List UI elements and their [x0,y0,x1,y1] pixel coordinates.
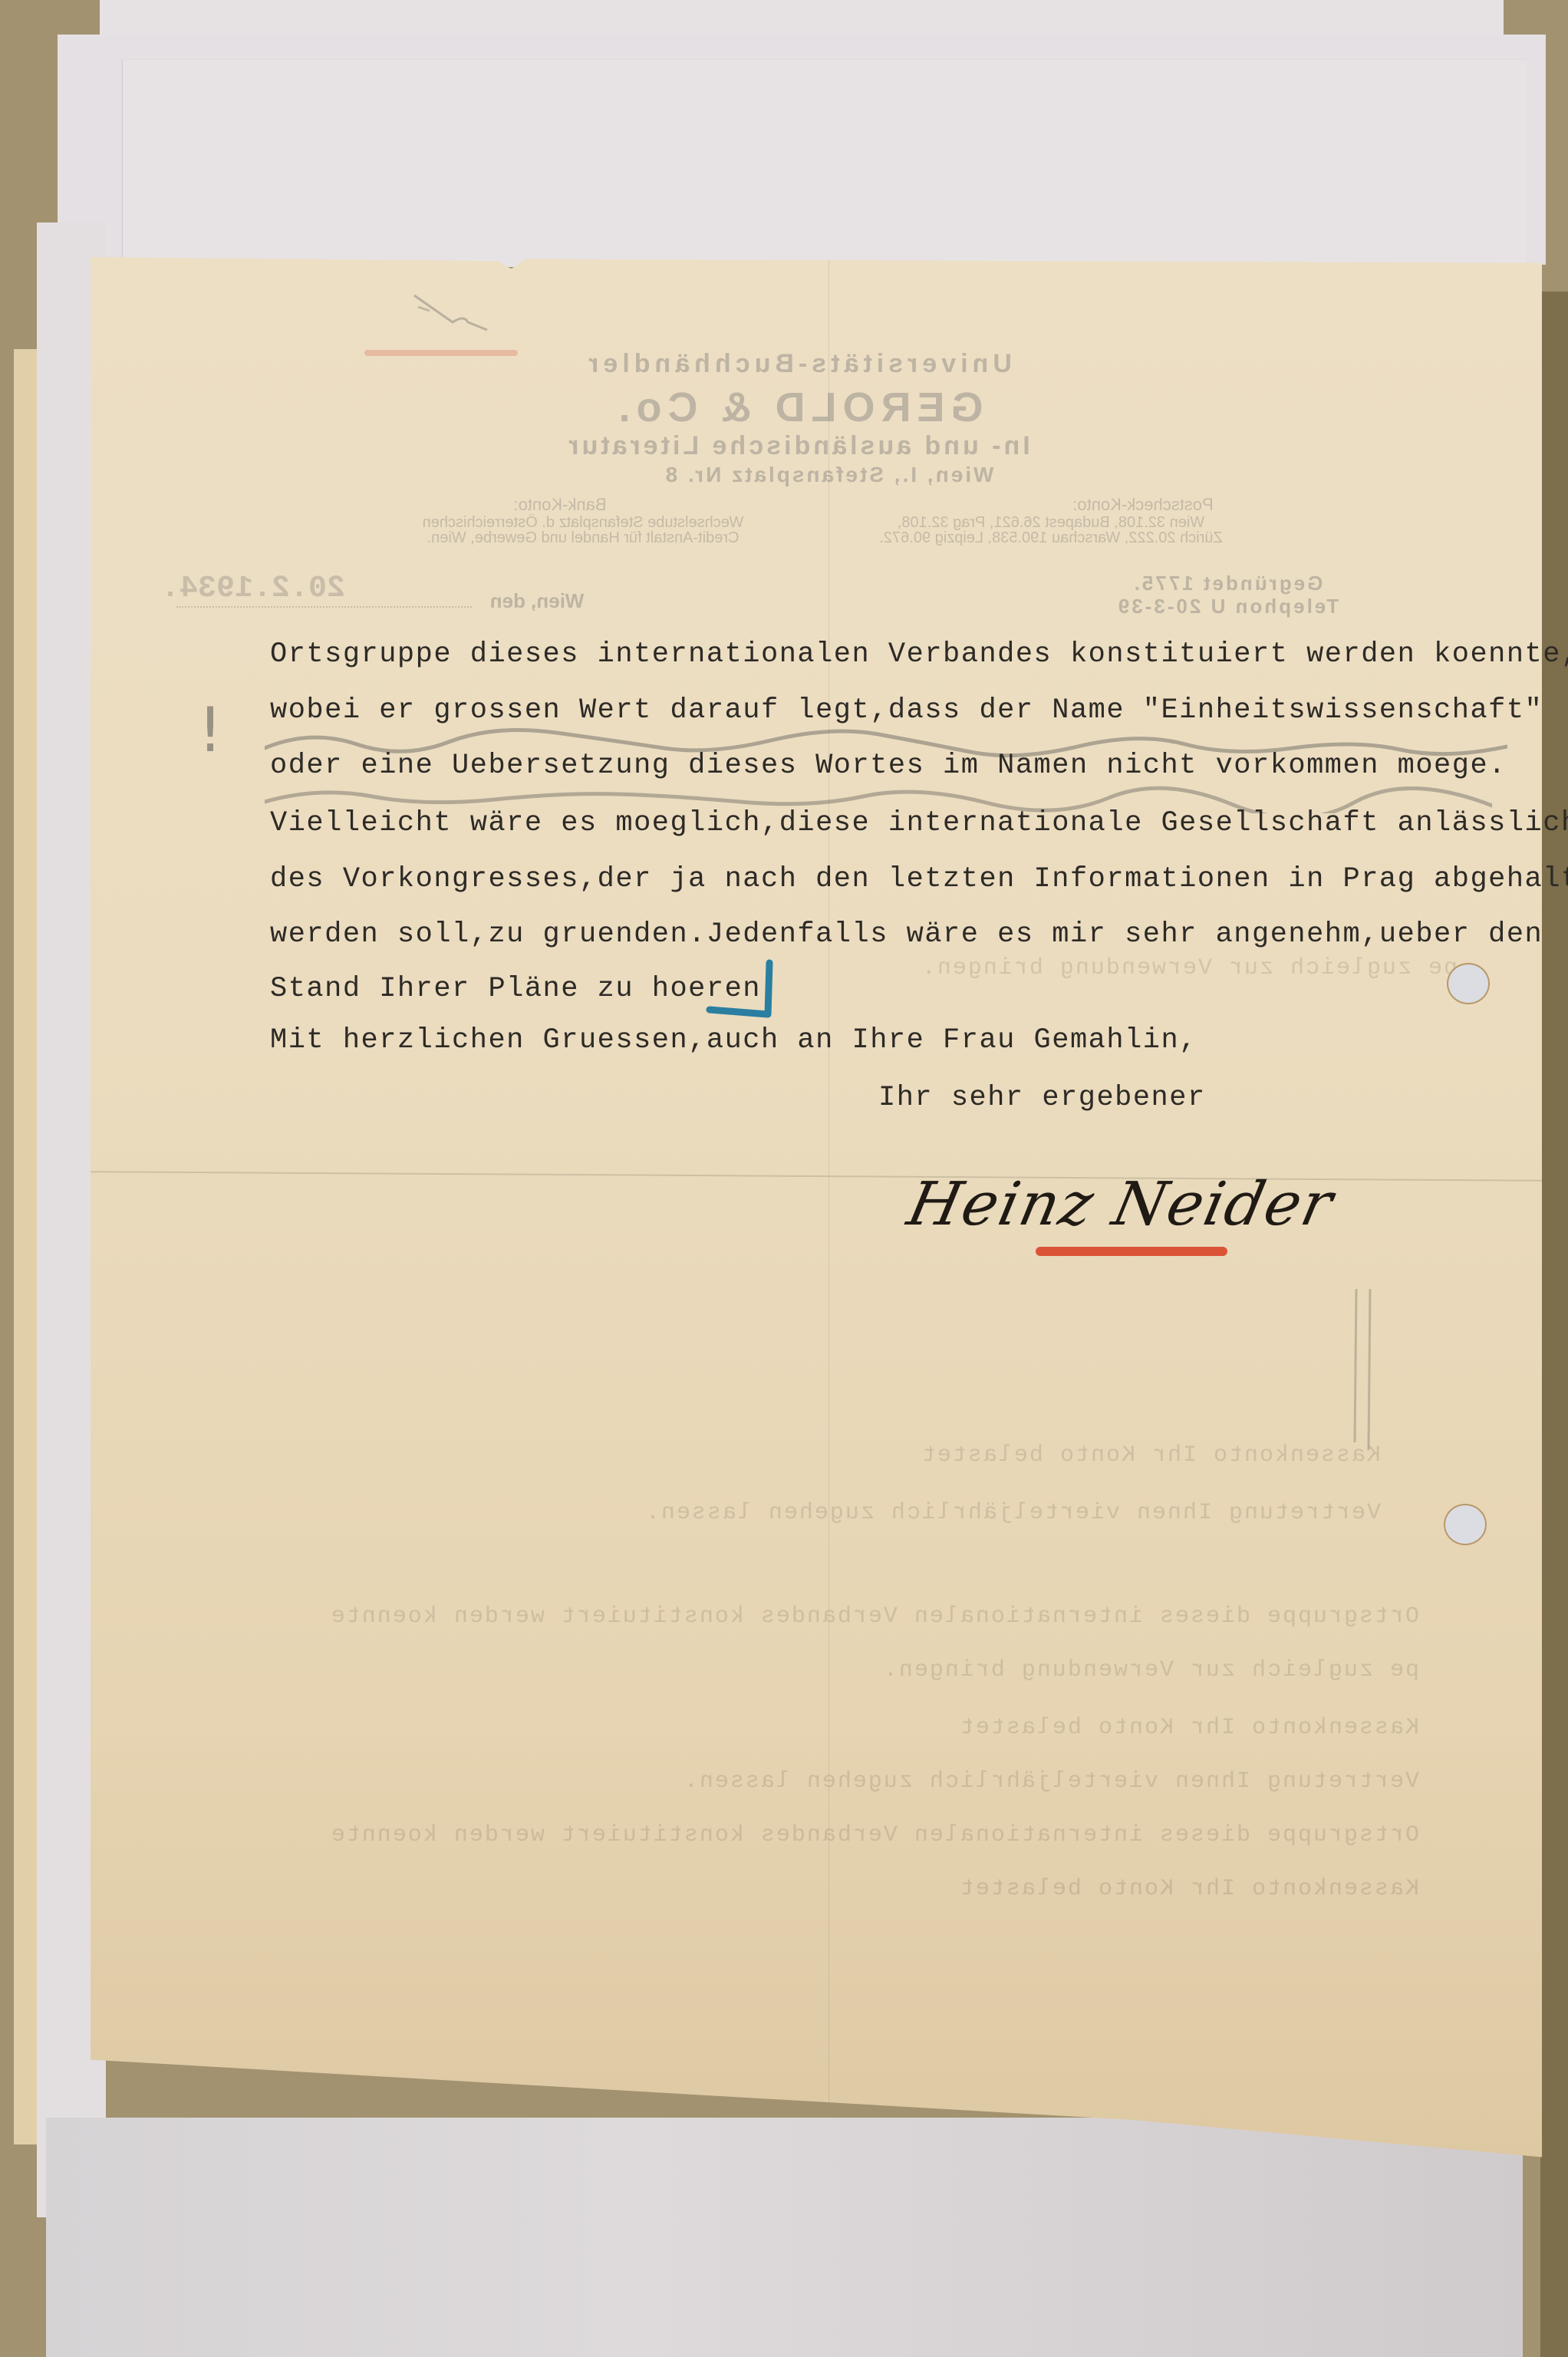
letterhead-bank-line2: Credit-Anstalt für Handel und Gewerbe, W… [399,529,767,547]
body-line-1: Ortsgruppe dieses internationalen Verban… [270,638,1568,671]
bleed-through-line: Kassenkonto Ihr Konto belastet [192,1876,1419,1902]
pencil-vertical-lines [1350,1281,1381,1473]
valediction: Ihr sehr ergebener [878,1082,1206,1114]
letterhead-bank-label: Bank-Konto: [491,495,629,515]
underlying-sheet-front [123,60,1527,267]
body-line-2: wobei er grossen Wert darauf legt,dass d… [270,694,1543,727]
body-line-4: Vielleicht wäre es moeglich,diese intern… [270,807,1568,839]
bleed-through-line: Ortsgruppe dieses internationalen Verban… [192,1822,1419,1848]
bleed-through-line: Kassenkonto Ihr Konto belastet [230,1442,1381,1469]
body-line-3: oder eine Uebersetzung dieses Wortes im … [270,750,1507,782]
margin-exclamation-mark: ! [198,694,222,766]
letterhead-line1: Universitäts-Buchhändler [552,349,1043,379]
handwritten-signature: Heinz Neider [901,1170,1339,1239]
bottom-white-sheet [46,2118,1523,2357]
pencil-mark-top [399,288,506,349]
blue-crayon-mark [687,959,779,1028]
date-dotted-line [176,606,472,608]
letterhead-postcheck-line2: Zürich 20.222, Warschau 190.538, Leipzig… [836,529,1266,547]
vertical-fold [828,257,829,2206]
signature-red-underline [1036,1247,1227,1256]
bleed-through-line: Kassenkonto Ihr Konto belastet [192,1715,1419,1741]
red-pencil-mark-top [364,350,518,356]
letterhead-line3: In- und ausländische Literatur [529,431,1066,461]
bleed-through-line: Vertretung Ihnen vierteljährlich zugehen… [230,1500,1381,1526]
right-folder-edge [1540,292,1568,2357]
punch-hole-lower [1444,1504,1487,1545]
letterhead-postcheck-label: Postscheck-Konto: [1059,495,1227,515]
closing-line: Mit herzlichen Gruessen,auch an Ihre Fra… [270,1024,1197,1057]
punch-hole-upper [1447,963,1490,1004]
body-line-6: werden soll,zu gruenden.Jedenfalls wäre … [270,918,1543,951]
letterhead-date: 20.2.1934. [176,572,345,606]
letterhead-telephone: Telephon U 20-3-39 [1105,595,1350,618]
bleed-through-line: pe zugleich zur Verwendung bringen. [192,1657,1419,1683]
bleed-through-line: Vertretung Ihnen vierteljährlich zugehen… [192,1769,1419,1795]
body-line-5: des Vorkongresses,der ja nach den letzte… [270,863,1568,895]
letterhead-address: Wien, I., Stefansplatz Nr. 8 [614,463,1043,487]
letterhead-company: GEROLD & Co. [583,384,1013,431]
letterhead-founded: Gegründet 1775. [1120,572,1335,595]
bleed-through-line: Ortsgruppe dieses internationalen Verban… [192,1604,1419,1630]
letterhead-place-label: Wien, den [476,589,598,613]
